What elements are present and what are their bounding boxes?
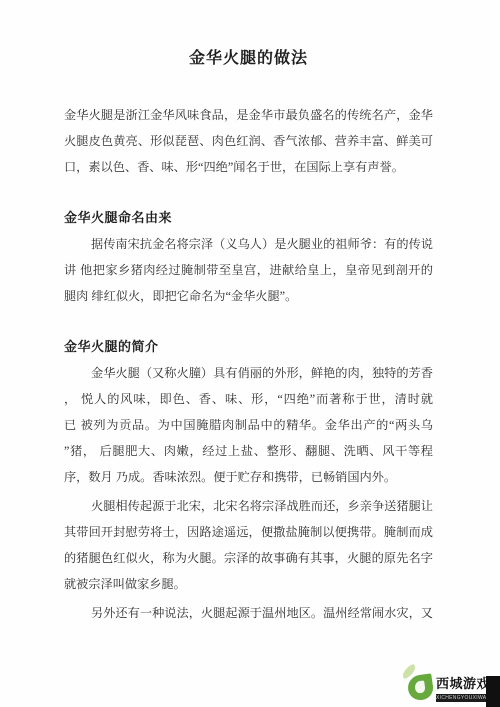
text-line: 其带回开封慰劳将士，因路途遥远，便撒盐腌制以便携带。腌制而成 xyxy=(64,519,433,545)
section-heading: 金华火腿命名由来 xyxy=(64,205,433,231)
text-line: 口，素以色、香、味、形“四绝”闻名于世，在国际上享有声誉。 xyxy=(64,154,433,180)
text-line: 火腿相传起源于北宋，北宋名将宗泽战胜而还，乡亲争送猪腿让 xyxy=(64,493,433,519)
section-heading: 金华火腿的简介 xyxy=(64,334,433,360)
text-line: 火腿皮色黄亮、形似琵琶、肉色红润、香气浓郁、营养丰富、鲜美可 xyxy=(64,128,433,154)
text-line: 金华火腿（又称火朣）具有俏丽的外形，鲜艳的肉，独特的芳香 xyxy=(64,360,433,386)
watermark-caption: XICHENGYOUXIWANG xyxy=(436,694,493,702)
paragraph: 另外还有一种说法，火腿起源于温州地区。温州经常闹水灾，又 xyxy=(64,600,433,626)
paragraph: 火腿相传起源于北宋，北宋名将宗泽战胜而还，乡亲争送猪腿让其带回开封慰劳将士，因路… xyxy=(64,493,433,597)
text-line: 的猪腿色红似火，称为火腿。宗泽的故事确有其事，火腿的原先名字 xyxy=(64,545,433,571)
text-line: ”猪， 后腿肥大、肉嫩，经过上盐、整形、翻腿、洗晒、风干等程 xyxy=(64,438,433,464)
paragraph: 金华火腿是浙江金华风味食品，是金华市最负盛名的传统名产，金华火腿皮色黄亮、形似琵… xyxy=(64,102,433,180)
text-line: 已 被列为贡品。为中国腌腊肉制品中的精华。金华出产的“两头乌 xyxy=(64,412,433,438)
corner-block xyxy=(486,676,500,707)
text-line: 讲 他把家乡猪肉经过腌制带至皇宫，进献给皇上，皇帝见到剖开的 xyxy=(64,257,433,283)
text-line: 据传南宋抗金名将宗泽（义乌人）是火腿业的祖师爷：有的传说 xyxy=(64,231,433,257)
text-line: 腿肉 绯红似火，即把它命名为“金华火腿”。 xyxy=(64,283,433,309)
text-line: 就被宗泽叫做家乡腿。 xyxy=(64,571,433,597)
text-line: 另外还有一种说法，火腿起源于温州地区。温州经常闹水灾，又 xyxy=(64,600,433,626)
paragraph: 金华火腿（又称火朣）具有俏丽的外形，鲜艳的肉，独特的芳香， 悦人的风味，即色、香… xyxy=(64,360,433,490)
watermark-site-name: 西城游戏网 xyxy=(436,676,490,692)
document-body: 金华火腿的做法 金华火腿是浙江金华风味食品，是金华市最负盛名的传统名产，金华火腿… xyxy=(64,46,433,626)
text-line: 金华火腿是浙江金华风味食品，是金华市最负盛名的传统名产，金华 xyxy=(64,102,433,128)
text-line: ， 悦人的风味，即色、香、味、形，“四绝”而著称于世，清时就 xyxy=(64,386,433,412)
document-page: 金华火腿的做法 金华火腿是浙江金华风味食品，是金华市最负盛名的传统名产，金华火腿… xyxy=(0,0,500,707)
green-leaf-badge-icon xyxy=(406,673,434,701)
page-title: 金华火腿的做法 xyxy=(64,46,433,72)
paragraph: 据传南宋抗金名将宗泽（义乌人）是火腿业的祖师爷：有的传说讲 他把家乡猪肉经过腌制… xyxy=(64,231,433,309)
text-line: 序，数月 乃成。香味浓烈。便于贮存和携带，已畅销国内外。 xyxy=(64,464,433,490)
